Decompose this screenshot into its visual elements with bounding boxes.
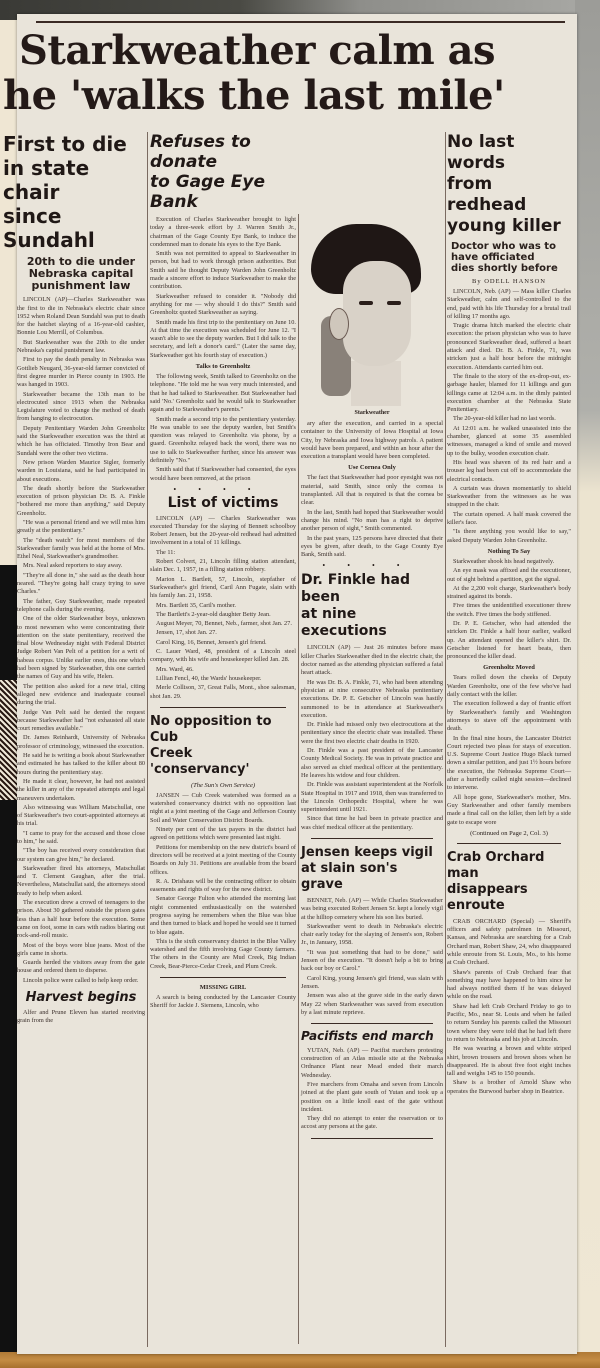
paragraph: R. A. Drishaus will be the contracting o… bbox=[150, 878, 296, 895]
paragraph: All hope gone, Starkweather's mother, Mr… bbox=[447, 794, 571, 827]
paragraph: CRAB ORCHARD (Special) — Sheriff's offic… bbox=[447, 918, 571, 968]
title-line: First to die bbox=[3, 132, 145, 156]
main-headline: Starkweather calm as he 'walks the last … bbox=[17, 28, 577, 118]
starkweather-portrait-icon bbox=[301, 216, 443, 408]
separator-rule bbox=[160, 977, 286, 978]
paragraph: "He was a personal friend and we will mi… bbox=[17, 519, 145, 536]
paragraph: Guards herded the visitors away from the… bbox=[17, 959, 145, 976]
paragraph: Carol King, young Jensen's girl friend, … bbox=[301, 975, 443, 992]
paragraph: LINCOLN (AP) — Just 26 minutes before ma… bbox=[301, 644, 443, 677]
paragraph: Starkweather went to death in Nebraska's… bbox=[301, 923, 443, 948]
victims-body: LINCOLN (AP) — Charles Starkweather was … bbox=[150, 515, 296, 701]
title-line: at slain son's grave bbox=[301, 861, 443, 893]
subhead: Talks to Greenholtz bbox=[150, 363, 296, 370]
subtitle-line: dies shortly before bbox=[451, 263, 571, 274]
pacifists-body: YUTAN, Neb. (AP) — Pacifist marchers pro… bbox=[301, 1047, 443, 1132]
paragraph: Mrs. Ward, 46. bbox=[150, 666, 296, 674]
article-photo-column: Starkweather ary after the execution, an… bbox=[301, 214, 443, 1145]
title-line: to Gage Eye Bank bbox=[150, 172, 296, 212]
paragraph: The death shortly before the Starkweathe… bbox=[17, 485, 145, 518]
article-body: Tears rolled down the cheeks of Deputy W… bbox=[447, 674, 571, 826]
paragraph: Since that time he had been in private p… bbox=[301, 815, 443, 832]
paragraph: Alfer and Prune Eleven has started recei… bbox=[17, 1009, 145, 1026]
paragraph: Tragic drama hitch marked the electric c… bbox=[447, 322, 571, 372]
paragraph: New prison Warden Maurice Sigler, former… bbox=[17, 459, 145, 484]
article-body: Execution of Charles Starkweather brough… bbox=[150, 216, 296, 360]
paragraph: Judge Van Pelt said he denied the reques… bbox=[17, 709, 145, 734]
paragraph: Robert Colvert, 21, Lincoln filling stat… bbox=[150, 558, 296, 575]
paragraph: Smith made a second trip to the penitent… bbox=[150, 416, 296, 466]
title-line: Crab Orchard man bbox=[447, 850, 571, 882]
title-line: from redhead bbox=[447, 174, 571, 216]
background-right bbox=[575, 0, 600, 1368]
paragraph: "They're all done in," she said as the d… bbox=[17, 572, 145, 597]
article-subtitle: Doctor who was to have officiated dies s… bbox=[447, 241, 571, 274]
headline-line-1: Starkweather calm as bbox=[17, 28, 577, 73]
paragraph: BENNET, Neb. (AP) — While Charles Starkw… bbox=[301, 897, 443, 922]
column-divider bbox=[298, 214, 299, 1344]
paragraph: He said he is writing a book about Stark… bbox=[17, 752, 145, 777]
title-line: young killer bbox=[447, 216, 571, 237]
harvest-title: Harvest begins bbox=[17, 991, 145, 1005]
paragraph: Shaw's parents of Crab Orchard fear that… bbox=[447, 969, 571, 1002]
paragraph: A curtain was drawn momentarily to shiel… bbox=[447, 485, 571, 510]
headline-line-2: he 'walks the last mile' bbox=[1, 73, 577, 118]
paragraph: ary after the execution, and carried in … bbox=[301, 420, 443, 461]
paragraph: The execution followed a day of frantic … bbox=[447, 700, 571, 733]
continued-note: (Continued on Page 2, Col. 3) bbox=[447, 830, 571, 837]
paragraph: YUTAN, Neb. (AP) — Pacifist marchers pro… bbox=[301, 1047, 443, 1080]
paragraph: LINCOLN (AP)—Charles Starkweather was th… bbox=[17, 296, 145, 337]
missing-girl-title: MISSING GIRL bbox=[150, 984, 296, 991]
paragraph: The curtain opened. A half mask covered … bbox=[447, 511, 571, 528]
paragraph: The 11: bbox=[150, 549, 296, 557]
separator-dots: •••• bbox=[301, 561, 443, 570]
paragraph: Lincoln police were called to help keep … bbox=[17, 977, 145, 985]
article-first-to-die: First to die in state chair since Sundah… bbox=[17, 132, 145, 1026]
paragraph: Ninety per cent of the tax payers in the… bbox=[150, 826, 296, 843]
finkle-title: Dr. Finkle had been at nine executions bbox=[301, 572, 443, 640]
paragraph: JANSEN — Cub Creek watershed was formed … bbox=[150, 792, 296, 825]
paragraph: They did no attempt to enter the reserva… bbox=[301, 1115, 443, 1132]
title-line: Creek 'conservancy' bbox=[150, 746, 296, 778]
article-title: Refuses to donate to Gage Eye Bank bbox=[150, 132, 296, 212]
article-body: The following week, Smith talked to Gree… bbox=[150, 373, 296, 483]
paragraph: LINCOLN (AP) — Charles Starkweather was … bbox=[150, 515, 296, 548]
article-body: Starkweather shook his head negatively.A… bbox=[447, 558, 571, 662]
column-divider bbox=[445, 132, 446, 1347]
subhead: Use Cornea Only bbox=[301, 464, 443, 471]
paragraph: Tears rolled down the cheeks of Deputy W… bbox=[447, 674, 571, 699]
crab-orchard-body: CRAB ORCHARD (Special) — Sheriff's offic… bbox=[447, 918, 571, 1096]
paragraph: Dr. Finkle was a past president of the L… bbox=[301, 747, 443, 780]
paragraph: C. Lauer Ward, 48, president of a Lincol… bbox=[150, 648, 296, 665]
paragraph: Merle Collison, 37, Great Falls, Mont., … bbox=[150, 684, 296, 701]
paragraph: Dr. Finkle had missed only two electrocu… bbox=[301, 721, 443, 746]
subhead: Nothing To Say bbox=[447, 548, 571, 555]
paragraph: Marion L. Bartlett, 57, Lincoln, stepfat… bbox=[150, 576, 296, 601]
cub-creek-title: No opposition to Cub Creek 'conservancy' bbox=[150, 714, 296, 778]
pacifists-title: Pacifists end march bbox=[301, 1030, 443, 1043]
paragraph: Dr. Finkle was assistant superintendent … bbox=[301, 781, 443, 814]
article-subtitle: 20th to die under Nebraska capital punis… bbox=[17, 256, 145, 292]
title-line: Jensen keeps vigil bbox=[301, 845, 443, 861]
paragraph: Dr. James Reinhardt, University of Nebra… bbox=[17, 734, 145, 751]
separator-rule bbox=[160, 707, 286, 708]
article-body: ary after the execution, and carried in … bbox=[301, 420, 443, 461]
paragraph: "Is there anything you would like to say… bbox=[447, 528, 571, 545]
subtitle-line: Doctor who was to bbox=[451, 241, 571, 252]
paragraph: Five times the unidentified executioner … bbox=[447, 602, 571, 619]
paragraph: In the final nine hours, the Lancaster D… bbox=[447, 735, 571, 793]
missing-girl-body: A search is being conducted by the Lanca… bbox=[150, 994, 296, 1011]
separator-rule bbox=[311, 1023, 433, 1024]
paragraph: At 12:01 a.m. he walked unassisted into … bbox=[447, 425, 571, 458]
paragraph: Shaw had left Crab Orchard Friday to go … bbox=[447, 1003, 571, 1044]
paragraph: Deputy Penitentiary Warden John Greenhol… bbox=[17, 425, 145, 458]
paragraph: The petition also asked for a new trial,… bbox=[17, 683, 145, 708]
paragraph: The following week, Smith talked to Gree… bbox=[150, 373, 296, 414]
separator-rule bbox=[311, 1138, 433, 1139]
paragraph: Shaw is a brother of Arnold Shaw who ope… bbox=[447, 1079, 571, 1096]
article-body: LINCOLN (AP)—Charles Starkweather was th… bbox=[17, 296, 145, 985]
paragraph: One of the older Starkweather boys, unkn… bbox=[17, 615, 145, 681]
paragraph: At the 2,200 volt charge, Starkweather's… bbox=[447, 585, 571, 602]
paragraph: An eye mask was affixed and the executio… bbox=[447, 567, 571, 584]
paragraph: First to pay the death penalty in Nebras… bbox=[17, 356, 145, 389]
subhead: Greenholtz Moved bbox=[447, 664, 571, 671]
paragraph: "It was just something that had to be do… bbox=[301, 949, 443, 974]
title-line: since Sundahl bbox=[3, 204, 145, 252]
paragraph: Carol King, 16, Bennet, Jensen's girl fr… bbox=[150, 639, 296, 647]
paragraph: He was Dr. B. A. Finkle, 71, who had bee… bbox=[301, 679, 443, 720]
paragraph: Starkweather shook his head negatively. bbox=[447, 558, 571, 566]
top-rule bbox=[36, 21, 565, 23]
harvest-body: Alfer and Prune Eleven has started recei… bbox=[17, 1009, 145, 1026]
separator-rule bbox=[311, 838, 433, 839]
paragraph: Execution of Charles Starkweather brough… bbox=[150, 216, 296, 249]
subtitle-line: have officiated bbox=[451, 252, 571, 263]
title-line: disappears enroute bbox=[447, 882, 571, 914]
jensen-title: Jensen keeps vigil at slain son's grave bbox=[301, 845, 443, 893]
title-line: No last words bbox=[447, 132, 571, 174]
paragraph: The fact that Starkweather had poor eyes… bbox=[301, 474, 443, 507]
paragraph: But Starkweather was the 20th to die und… bbox=[17, 339, 145, 356]
paragraph: Also witnessing was William Matschullat,… bbox=[17, 804, 145, 829]
paragraph: He was wearing a brown and white striped… bbox=[447, 1045, 571, 1078]
paragraph: LINCOLN, Neb. (AP) — Mass killer Charles… bbox=[447, 288, 571, 321]
finkle-body: LINCOLN (AP) — Just 26 minutes before ma… bbox=[301, 644, 443, 832]
paragraph: The "death watch" for most members of th… bbox=[17, 537, 145, 562]
paragraph: Starkweather refused to consider it. "No… bbox=[150, 293, 296, 318]
paragraph: Petitions for membership on the new dist… bbox=[150, 844, 296, 877]
jensen-body: BENNET, Neb. (AP) — While Charles Starkw… bbox=[301, 897, 443, 1017]
byline: By ODELL HANSON bbox=[447, 278, 571, 285]
paragraph: The father, Guy Starkweather, made repea… bbox=[17, 598, 145, 615]
title-line: at nine executions bbox=[301, 606, 443, 640]
paragraph: Most of the boys wore blue jeans. Most o… bbox=[17, 942, 145, 959]
paragraph: Starkweather became the 13th man to be e… bbox=[17, 391, 145, 424]
paragraph: A search is being conducted by the Lanca… bbox=[150, 994, 296, 1011]
paragraph: The execution drew a crowd of teenagers … bbox=[17, 899, 145, 940]
cub-creek-body: JANSEN — Cub Creek watershed was formed … bbox=[150, 792, 296, 971]
paragraph: The Bartlett's 2-year-old daughter Betty… bbox=[150, 611, 296, 619]
article-title: First to die in state chair since Sundah… bbox=[3, 132, 145, 252]
paragraph: This is the sixth conservancy district i… bbox=[150, 938, 296, 971]
paragraph: Lillian Fencl, 40, the Wards' housekeepe… bbox=[150, 675, 296, 683]
paragraph: Five marchers from Omaha and seven from … bbox=[301, 1081, 443, 1114]
paragraph: "The boy has received every consideratio… bbox=[17, 847, 145, 864]
paragraph: Mrs. Bartlett 35, Caril's mother. bbox=[150, 602, 296, 610]
photo-caption: Starkweather bbox=[301, 410, 443, 416]
paragraph: He made it clear, however, he had not as… bbox=[17, 778, 145, 803]
paragraph: Jensen, 17, shot Jan. 27. bbox=[150, 629, 296, 637]
paragraph: The 20-year-old killer had no last words… bbox=[447, 415, 571, 423]
paragraph: The finale to the story of the ex-drop-o… bbox=[447, 373, 571, 414]
paragraph: "I came to pray for the accused and thos… bbox=[17, 830, 145, 847]
wood-frame bbox=[0, 1352, 600, 1368]
article-title: No last words from redhead young killer bbox=[447, 132, 571, 237]
crab-orchard-title: Crab Orchard man disappears enroute bbox=[447, 850, 571, 914]
paragraph: Mrs. Neal asked reporters to stay away. bbox=[17, 562, 145, 570]
paragraph: His head was shaven of its red hair and … bbox=[447, 459, 571, 484]
victims-title: List of victims bbox=[150, 496, 296, 511]
article-body: LINCOLN, Neb. (AP) — Mass killer Charles… bbox=[447, 288, 571, 545]
paragraph: In the past years, 125 persons have dire… bbox=[301, 535, 443, 560]
service-credit: (The Sun's Own Service) bbox=[150, 782, 296, 789]
article-eye-bank: Refuses to donate to Gage Eye Bank Execu… bbox=[150, 132, 296, 1012]
title-line: Dr. Finkle had been bbox=[301, 572, 443, 606]
paragraph: Starkweather fired his attorneys, Matsch… bbox=[17, 865, 145, 898]
article-no-last-words: No last words from redhead young killer … bbox=[447, 132, 571, 1097]
paragraph: Jensen was also at the grave side in the… bbox=[301, 992, 443, 1017]
paragraph: August Meyer, 70, Bennet, Neb., farmer, … bbox=[150, 620, 296, 628]
article-body: The fact that Starkweather had poor eyes… bbox=[301, 474, 443, 559]
paragraph: Smith said that if Starkweather had cons… bbox=[150, 466, 296, 483]
separator-dots: •••• bbox=[150, 485, 296, 494]
separator-rule bbox=[457, 843, 561, 844]
column-divider bbox=[147, 132, 148, 1347]
paragraph: Smith was not permitted to appeal to Sta… bbox=[150, 250, 296, 291]
paragraph: Senator George Fulton who attended the m… bbox=[150, 895, 296, 936]
subtitle-line: punishment law bbox=[17, 280, 145, 292]
title-line: in state chair bbox=[3, 156, 145, 204]
paragraph: Smith made his first trip to the peniten… bbox=[150, 319, 296, 360]
newspaper-clipping: Starkweather calm as he 'walks the last … bbox=[17, 14, 577, 1354]
title-line: No opposition to Cub bbox=[150, 714, 296, 746]
paragraph: Dr. P. E. Getscher, who had attended the… bbox=[447, 620, 571, 661]
paragraph: In the last, Smith had hoped that Starkw… bbox=[301, 509, 443, 534]
title-line: Refuses to donate bbox=[150, 132, 296, 172]
